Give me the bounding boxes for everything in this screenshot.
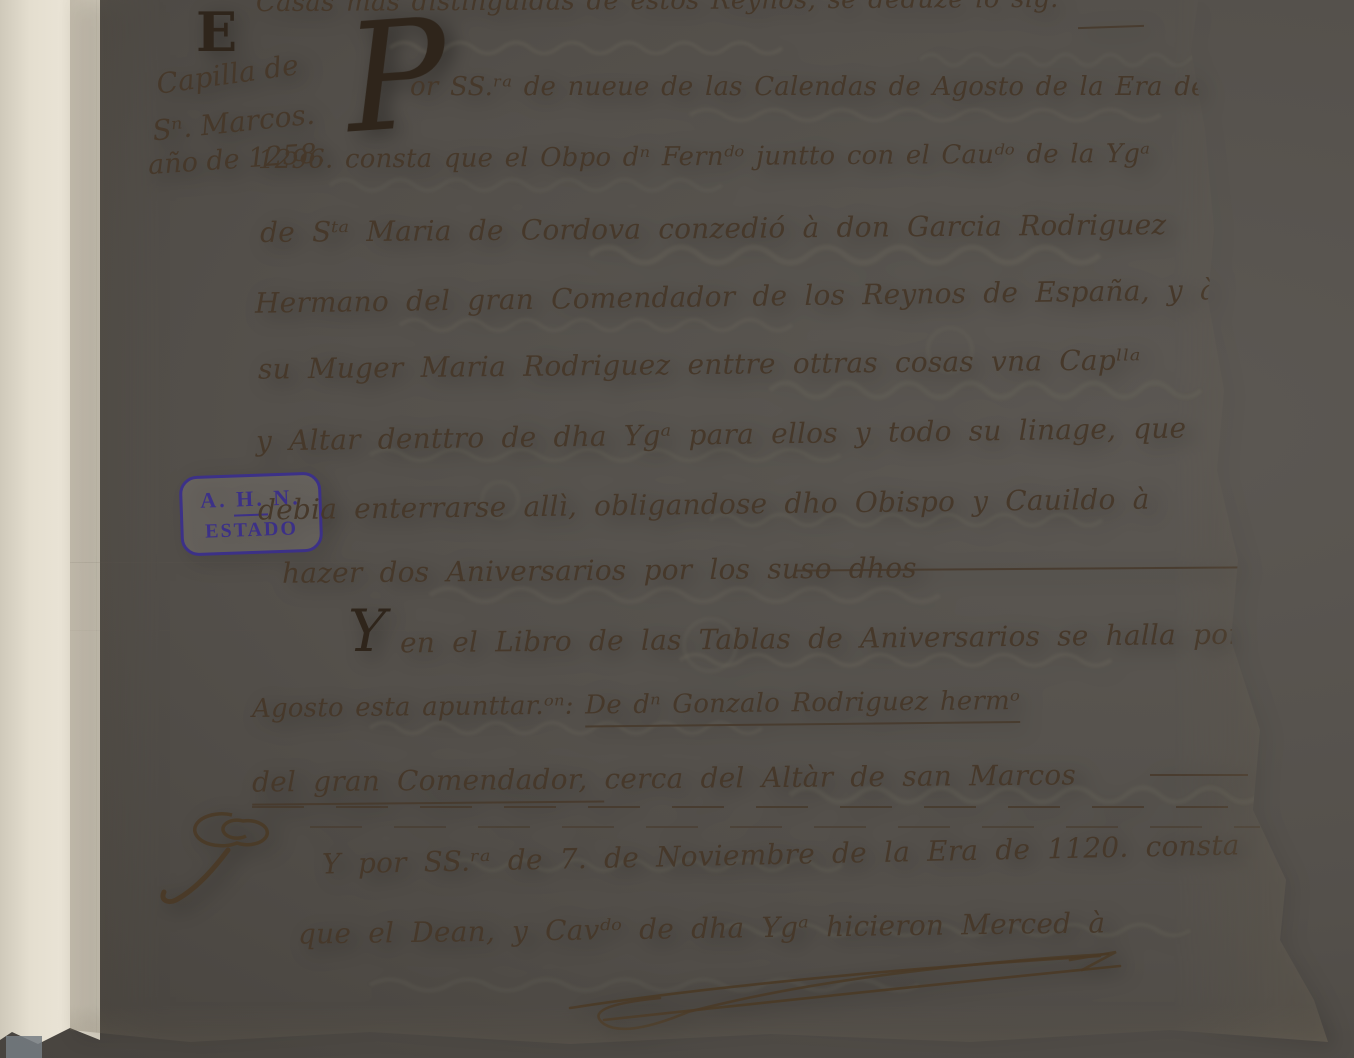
- margin-letter-e: E: [196, 0, 239, 64]
- line-normal-part: cerca del Altàr de san Marcos: [604, 758, 1076, 795]
- underlined-entry: De dⁿ Gonzalo Rodriguez hermᵒ: [585, 686, 1020, 728]
- manuscript-page-wrap: E Capilla de Sⁿ. Marcos. año de 1258. A.…: [70, 0, 1354, 1058]
- manuscript-line: or SS.ʳᵃ de nueue de las Calendas de Ago…: [410, 72, 1207, 102]
- dashed-underline: [310, 826, 1260, 828]
- quill-flourish: [540, 942, 1140, 1032]
- manuscript-page: E Capilla de Sⁿ. Marcos. año de 1258. A.…: [70, 0, 1354, 1058]
- dashed-underline: [252, 806, 1252, 808]
- photographed-manuscript-scene: E Capilla de Sⁿ. Marcos. año de 1258. A.…: [0, 0, 1354, 1058]
- ornate-initial-y: Y: [348, 602, 386, 660]
- trailing-rule: [1150, 774, 1248, 776]
- table-surface: [6, 1036, 42, 1058]
- line-normal-part: Agosto esta apunttar.ᵒⁿ:: [252, 691, 585, 724]
- spiral-doodle: [150, 808, 290, 918]
- underlined-entry: del gran Comendador,: [252, 763, 605, 806]
- manuscript-line: 1296. consta que el Obpo dⁿ Fernᵈᵒ juntt…: [258, 139, 1150, 175]
